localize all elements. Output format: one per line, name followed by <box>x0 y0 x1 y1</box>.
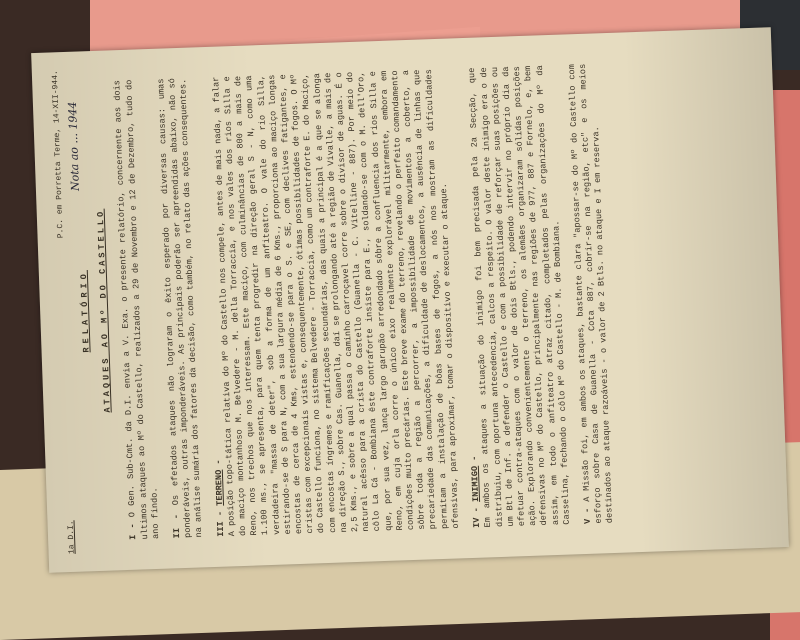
section-label: V - <box>582 508 593 525</box>
section-text: O Gen. Sub-Cmt. da D.I. envia a V. Exa. … <box>113 80 161 540</box>
section-4: IV - INIMIGO - Em ambos os ataques a sit… <box>456 65 573 528</box>
section-text: Os efetados ataques não lograram o êxito… <box>156 78 204 538</box>
section-1: I - O Gen. Sub-Cmt. da D.I. envia a V. E… <box>113 79 163 540</box>
document-page: 1a D.I. P.C. em Porretta Terme, 14-XII-9… <box>31 27 789 573</box>
section-label: III - <box>215 511 226 537</box>
section-5: V - A Missão foi, em ambos os ataques, b… <box>567 63 617 524</box>
rotated-text-block: 1a D.I. P.C. em Porretta Terme, 14-XII-9… <box>41 38 778 563</box>
handwritten-note: Nota ao ... 1944 <box>67 101 81 191</box>
section-heading: INIMIGO <box>470 466 481 502</box>
section-3: III - TERRENO - A posição topo-tática re… <box>200 69 462 537</box>
section-label: I - <box>128 523 139 540</box>
section-text: A posição topo-tática relativa do Mº do … <box>211 69 462 537</box>
section-text: A Missão foi, em ambos os ataques, basta… <box>567 64 615 524</box>
section-2: II - Os efetados ataques não lograram o … <box>156 78 206 539</box>
section-text: Em ambos os ataques a situação do inimig… <box>467 65 573 528</box>
section-label: IV - <box>471 507 482 528</box>
section-label: II - <box>171 514 182 539</box>
header-right: P.C. em Porretta Terme, 14-XII-944. <box>50 70 67 238</box>
section-heading: TERRENO <box>213 470 224 506</box>
header-left: 1a D.I. <box>65 520 77 554</box>
